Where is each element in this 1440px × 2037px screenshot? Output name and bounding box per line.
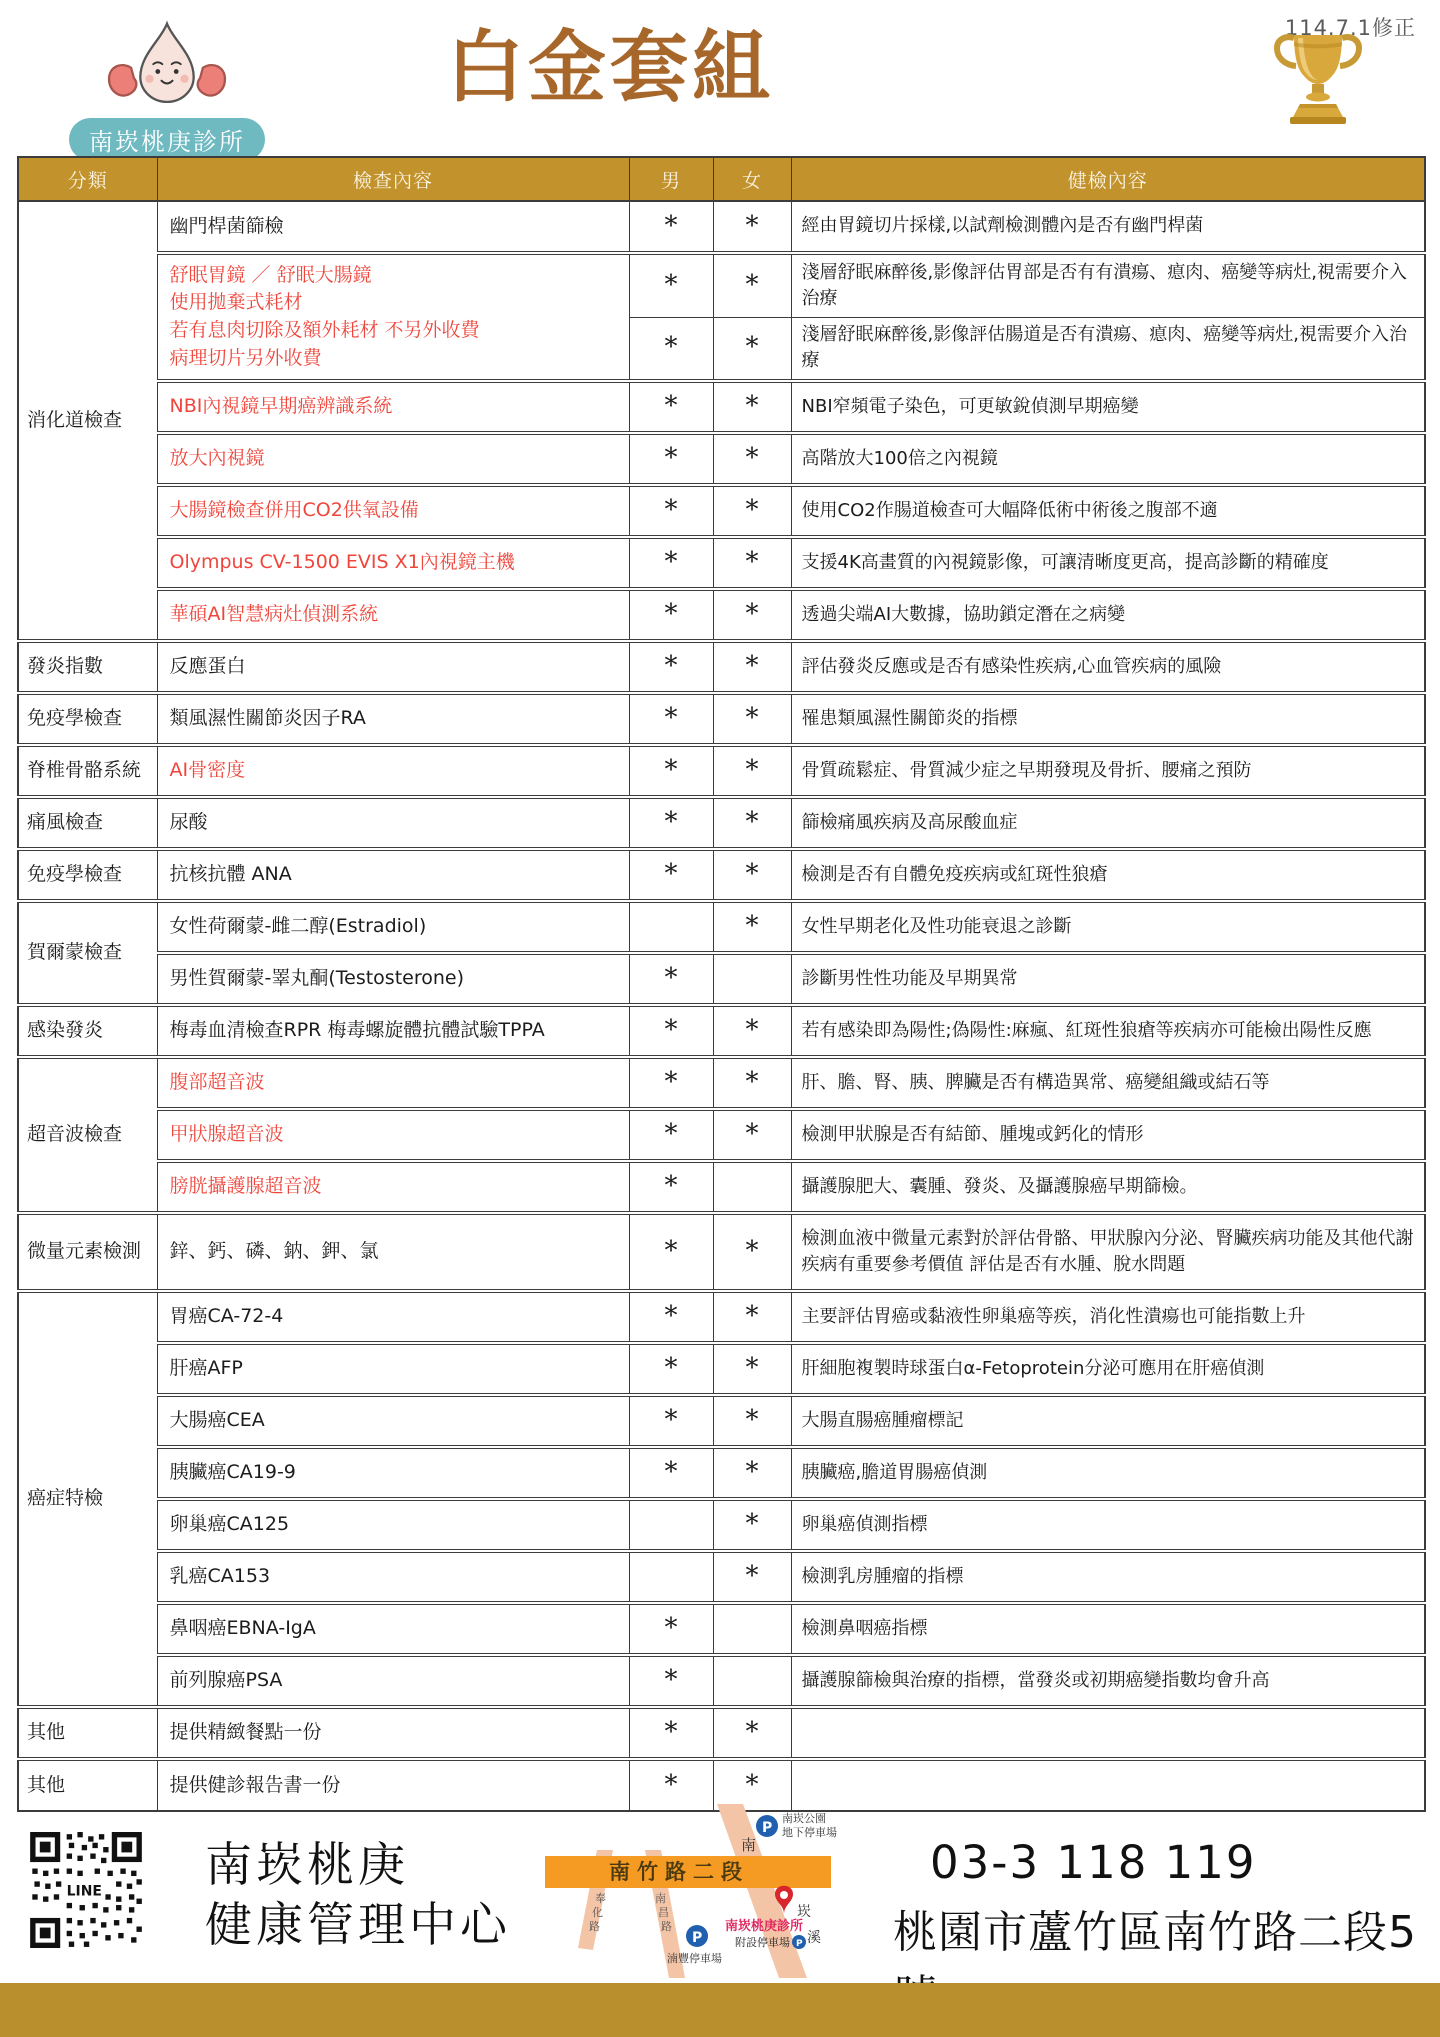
male-mark: * <box>629 589 713 641</box>
category-cell: 癌症特檢 <box>18 1291 157 1707</box>
table-row: 華碩AI智慧病灶偵測系統 * * 透過尖端AI大數據，協助鎖定潛在之病變 <box>18 589 1425 641</box>
item-cell: 類風濕性關節炎因子RA <box>157 693 629 745</box>
clinic-logo: 南崁桃庚診所 <box>52 20 282 161</box>
category-cell: 感染發炎 <box>18 1005 157 1057</box>
category-cell: 消化道檢查 <box>18 201 157 641</box>
item-cell: 尿酸 <box>157 797 629 849</box>
item-line: 使用拋棄式耗材 <box>170 289 621 317</box>
content-cell: 淺層舒眠麻醉後,影像評估腸道是否有潰瘍、瘜肉、癌變等病灶,視需要介入治療 <box>791 317 1425 381</box>
river-char-1: 南 <box>741 1836 756 1854</box>
male-mark: * <box>629 745 713 797</box>
content-cell: 篩檢痛風疾病及高尿酸血症 <box>791 797 1425 849</box>
clinic-parking-label: 附設停車場 <box>735 1935 790 1949</box>
female-mark: * <box>713 317 791 381</box>
item-cell: NBI內視鏡早期癌辨識系統 <box>157 381 629 433</box>
female-mark <box>713 1603 791 1655</box>
location-map: 南竹路二段 南 崁 溪 P 南崁公園 地下停車場 南崁桃庚診所 附設停車場 P … <box>545 1800 875 1982</box>
content-cell: 檢測是否有自體免疫疾病或紅斑性狼瘡 <box>791 849 1425 901</box>
road-left1-char2: 化 <box>592 1905 603 1919</box>
item-cell: 鋅、鈣、磷、鈉、鉀、氯 <box>157 1213 629 1291</box>
road-nanzhu-label: 南竹路二段 <box>609 1860 749 1884</box>
male-mark: * <box>629 797 713 849</box>
female-mark: * <box>713 201 791 253</box>
content-cell: 女性早期老化及性功能衰退之診斷 <box>791 901 1425 953</box>
item-cell: 乳癌CA153 <box>157 1551 629 1603</box>
table-row: Olympus CV-1500 EVIS X1內視鏡主機 * * 支援4K高畫質… <box>18 537 1425 589</box>
content-cell: 高階放大100倍之內視鏡 <box>791 433 1425 485</box>
category-cell: 超音波檢查 <box>18 1057 157 1213</box>
female-mark: * <box>713 693 791 745</box>
content-cell: 評估發炎反應或是否有感染性疾病,心血管疾病的風險 <box>791 641 1425 693</box>
female-mark: * <box>713 1707 791 1759</box>
content-cell: 若有感染即為陽性;偽陽性:麻瘋、紅斑性狼瘡等疾病亦可能檢出陽性反應 <box>791 1005 1425 1057</box>
parking-p: P <box>762 1820 772 1836</box>
male-mark: * <box>629 433 713 485</box>
item-line: 若有息肉切除及額外耗材 不另外收費 <box>170 317 621 345</box>
item-cell: 腹部超音波 <box>157 1057 629 1109</box>
female-mark: * <box>713 641 791 693</box>
male-mark: * <box>629 1213 713 1291</box>
item-cell: 甲狀腺超音波 <box>157 1109 629 1161</box>
parking-p: P <box>692 1930 702 1946</box>
trophy-icon <box>1272 30 1364 126</box>
female-mark: * <box>713 1109 791 1161</box>
content-cell: 罹患類風濕性關節炎的指標 <box>791 693 1425 745</box>
road-left1-char1: 奉 <box>595 1892 606 1905</box>
male-mark: * <box>629 1603 713 1655</box>
content-cell: 淺層舒眠麻醉後,影像評估胃部是否有有潰瘍、瘜肉、癌變等病灶,視需要介入治療 <box>791 253 1425 317</box>
item-cell: 卵巢癌CA125 <box>157 1499 629 1551</box>
female-mark: * <box>713 253 791 317</box>
male-mark: * <box>629 641 713 693</box>
category-cell: 微量元素檢測 <box>18 1213 157 1291</box>
female-mark: * <box>713 849 791 901</box>
table-row: 超音波檢查 腹部超音波 * * 肝、膽、腎、胰、脾臟是否有構造異常、癌變組織或結… <box>18 1057 1425 1109</box>
female-mark <box>713 953 791 1005</box>
female-mark: * <box>713 1551 791 1603</box>
road-left2-char1: 南 <box>655 1892 666 1905</box>
col-item: 檢查內容 <box>157 157 629 201</box>
content-cell: 主要評估胃癌或黏液性卵巢癌等疾，消化性潰瘍也可能指數上升 <box>791 1291 1425 1343</box>
item-cell: 男性賀爾蒙-睪丸酮(Testosterone) <box>157 953 629 1005</box>
category-cell: 其他 <box>18 1759 157 1811</box>
clinic-map-label: 南崁桃庚診所 <box>725 1918 803 1934</box>
content-cell: 卵巢癌偵測指標 <box>791 1499 1425 1551</box>
content-cell <box>791 1707 1425 1759</box>
item-cell: 反應蛋白 <box>157 641 629 693</box>
female-mark <box>713 1655 791 1707</box>
female-mark: * <box>713 1005 791 1057</box>
page-title: 白金套組 <box>320 26 900 112</box>
item-line: 病理切片另外收費 <box>170 345 621 373</box>
table-row: 舒眠胃鏡 ／ 舒眠大腸鏡 使用拋棄式耗材 若有息肉切除及額外耗材 不另外收費 病… <box>18 253 1425 317</box>
platinum-package-flyer: 114.7.1修正 南崁桃庚診所 白金 <box>0 0 1440 2037</box>
header-row: 分類 檢查內容 男 女 健檢內容 <box>18 157 1425 201</box>
road-left1-char3: 路 <box>589 1920 600 1933</box>
male-mark: * <box>629 201 713 253</box>
clinic-badge: 南崁桃庚診所 <box>69 118 265 161</box>
category-cell: 其他 <box>18 1707 157 1759</box>
content-cell: 肝、膽、腎、胰、脾臟是否有構造異常、癌變組織或結石等 <box>791 1057 1425 1109</box>
content-cell: 透過尖端AI大數據，協助鎖定潛在之病變 <box>791 589 1425 641</box>
item-cell: 華碩AI智慧病灶偵測系統 <box>157 589 629 641</box>
table-row: 消化道檢查 幽門桿菌篩檢 * * 經由胃鏡切片採樣,以試劑檢測體內是否有幽門桿菌 <box>18 201 1425 253</box>
female-mark: * <box>713 1343 791 1395</box>
item-cell: Olympus CV-1500 EVIS X1內視鏡主機 <box>157 537 629 589</box>
table-row: 卵巢癌CA125 * 卵巢癌偵測指標 <box>18 1499 1425 1551</box>
table-row: 前列腺癌PSA * 攝護腺篩檢與治療的指標，當發炎或初期癌變指數均會升高 <box>18 1655 1425 1707</box>
content-cell: 使用CO2作腸道檢查可大幅降低術中術後之腹部不適 <box>791 485 1425 537</box>
clinic-center-name: 南崁桃庚 健康管理中心 <box>205 1836 511 1956</box>
male-mark <box>629 1499 713 1551</box>
female-mark: * <box>713 797 791 849</box>
content-cell: 骨質疏鬆症、骨質減少症之早期發現及骨折、腰痛之預防 <box>791 745 1425 797</box>
item-cell: 提供精緻餐點一份 <box>157 1707 629 1759</box>
clinic-center-line2: 健康管理中心 <box>205 1896 511 1956</box>
male-mark: * <box>629 1057 713 1109</box>
category-cell: 發炎指數 <box>18 641 157 693</box>
category-cell: 脊椎骨骼系統 <box>18 745 157 797</box>
table-row: 賀爾蒙檢查 女性荷爾蒙-雌二醇(Estradiol) * 女性早期老化及性功能衰… <box>18 901 1425 953</box>
table-row: 男性賀爾蒙-睪丸酮(Testosterone) * 診斷男性性功能及早期異常 <box>18 953 1425 1005</box>
col-male: 男 <box>629 157 713 201</box>
category-cell: 痛風檢查 <box>18 797 157 849</box>
river-char-3: 溪 <box>807 1930 821 1946</box>
category-cell: 免疫學檢查 <box>18 849 157 901</box>
line-qr-code: LINE <box>30 1832 142 1948</box>
item-cell: 前列腺癌PSA <box>157 1655 629 1707</box>
content-cell: 檢測甲狀腺是否有結節、腫塊或鈣化的情形 <box>791 1109 1425 1161</box>
phone-number: 03-3 118 119 <box>930 1836 1257 1889</box>
content-cell: 診斷男性性功能及早期異常 <box>791 953 1425 1005</box>
parking-p: P <box>796 1939 803 1949</box>
male-mark: * <box>629 1161 713 1213</box>
item-cell: 抗核抗體 ANA <box>157 849 629 901</box>
table-row: 鼻咽癌EBNA-IgA * 檢測鼻咽癌指標 <box>18 1603 1425 1655</box>
road-left2-char3: 路 <box>661 1920 672 1933</box>
table-row: 脊椎骨骼系統 AI骨密度 * * 骨質疏鬆症、骨質減少症之早期發現及骨折、腰痛之… <box>18 745 1425 797</box>
table-row: 放大內視鏡 * * 高階放大100倍之內視鏡 <box>18 433 1425 485</box>
content-cell: 肝細胞複製時球蛋白α-Fetoprotein分泌可應用在肝癌偵測 <box>791 1343 1425 1395</box>
river-char-2: 崁 <box>797 1903 811 1920</box>
content-cell: 檢測血液中微量元素對於評估骨骼、甲狀腺內分泌、腎臟疾病功能及其他代謝疾病有重要參… <box>791 1213 1425 1291</box>
male-mark: * <box>629 1707 713 1759</box>
item-cell: 胰臟癌CA19-9 <box>157 1447 629 1499</box>
female-mark: * <box>713 1395 791 1447</box>
item-cell: 幽門桿菌篩檢 <box>157 201 629 253</box>
male-mark: * <box>629 953 713 1005</box>
table-row: 大腸癌CEA * * 大腸直腸癌腫瘤標記 <box>18 1395 1425 1447</box>
item-line: 舒眠胃鏡 ／ 舒眠大腸鏡 <box>170 262 621 290</box>
item-cell: 放大內視鏡 <box>157 433 629 485</box>
item-cell: 胃癌CA-72-4 <box>157 1291 629 1343</box>
male-mark: * <box>629 1395 713 1447</box>
line-label: LINE <box>67 1883 102 1899</box>
park-top-label1: 南崁公園 <box>782 1811 826 1825</box>
content-cell: 大腸直腸癌腫瘤標記 <box>791 1395 1425 1447</box>
park-top-label2: 地下停車場 <box>782 1825 837 1839</box>
table-row: 痛風檢查 尿酸 * * 篩檢痛風疾病及高尿酸血症 <box>18 797 1425 849</box>
table-row: 膀胱攝護腺超音波 * 攝護腺肥大、囊腫、發炎、及攝護腺癌早期篩檢。 <box>18 1161 1425 1213</box>
col-content: 健檢內容 <box>791 157 1425 201</box>
category-cell: 免疫學檢查 <box>18 693 157 745</box>
table-row: 發炎指數 反應蛋白 * * 評估發炎反應或是否有感染性疾病,心血管疾病的風險 <box>18 641 1425 693</box>
table-row: 甲狀腺超音波 * * 檢測甲狀腺是否有結節、腫塊或鈣化的情形 <box>18 1109 1425 1161</box>
item-cell: 大腸癌CEA <box>157 1395 629 1447</box>
male-mark: * <box>629 253 713 317</box>
male-mark: * <box>629 1655 713 1707</box>
item-cell: 梅毒血清檢查RPR 梅毒螺旋體抗體試驗TPPA <box>157 1005 629 1057</box>
col-female: 女 <box>713 157 791 201</box>
item-cell: 鼻咽癌EBNA-IgA <box>157 1603 629 1655</box>
female-mark: * <box>713 1447 791 1499</box>
table-row: 其他 提供精緻餐點一份 * * <box>18 1707 1425 1759</box>
table-row: 微量元素檢測 鋅、鈣、磷、鈉、鉀、氯 * * 檢測血液中微量元素對於評估骨骼、甲… <box>18 1213 1425 1291</box>
content-cell: 攝護腺肥大、囊腫、發炎、及攝護腺癌早期篩檢。 <box>791 1161 1425 1213</box>
male-mark: * <box>629 485 713 537</box>
col-category: 分類 <box>18 157 157 201</box>
table-row: 乳癌CA153 * 檢測乳房腫瘤的指標 <box>18 1551 1425 1603</box>
clinic-center-line1: 南崁桃庚 <box>205 1836 511 1896</box>
male-mark: * <box>629 1109 713 1161</box>
male-mark: * <box>629 381 713 433</box>
content-cell: NBI窄頻電子染色，可更敏銳偵測早期癌變 <box>791 381 1425 433</box>
content-cell: 支援4K高畫質的內視鏡影像，可讓清晰度更高，提高診斷的精確度 <box>791 537 1425 589</box>
female-mark: * <box>713 537 791 589</box>
content-cell: 胰臟癌,膽道胃腸癌偵測 <box>791 1447 1425 1499</box>
package-table: 分類 檢查內容 男 女 健檢內容 消化道檢查 幽門桿菌篩檢 * * 經由胃鏡切片… <box>17 156 1426 1812</box>
female-mark: * <box>713 1291 791 1343</box>
peach-mascot-icon <box>92 20 242 112</box>
male-mark: * <box>629 1005 713 1057</box>
content-cell: 經由胃鏡切片採樣,以試劑檢測體內是否有幽門桿菌 <box>791 201 1425 253</box>
road-left2-char2: 昌 <box>658 1906 669 1919</box>
item-cell: 舒眠胃鏡 ／ 舒眠大腸鏡 使用拋棄式耗材 若有息肉切除及額外耗材 不另外收費 病… <box>157 253 629 381</box>
male-mark <box>629 901 713 953</box>
female-mark: * <box>713 381 791 433</box>
table-row: 免疫學檢查 抗核抗體 ANA * * 檢測是否有自體免疫疾病或紅斑性狼瘡 <box>18 849 1425 901</box>
male-mark: * <box>629 693 713 745</box>
item-cell: 大腸鏡檢查併用CO2供氧設備 <box>157 485 629 537</box>
male-mark: * <box>629 1291 713 1343</box>
female-mark: * <box>713 1057 791 1109</box>
content-cell: 攝護腺篩檢與治療的指標，當發炎或初期癌變指數均會升高 <box>791 1655 1425 1707</box>
male-mark: * <box>629 1447 713 1499</box>
female-mark: * <box>713 1213 791 1291</box>
female-mark: * <box>713 745 791 797</box>
male-mark: * <box>629 1343 713 1395</box>
item-cell: AI骨密度 <box>157 745 629 797</box>
male-mark <box>629 1551 713 1603</box>
table-row: 癌症特檢 胃癌CA-72-4 * * 主要評估胃癌或黏液性卵巢癌等疾，消化性潰瘍… <box>18 1291 1425 1343</box>
female-mark: * <box>713 589 791 641</box>
male-mark: * <box>629 849 713 901</box>
female-mark: * <box>713 433 791 485</box>
table-row: 大腸鏡檢查併用CO2供氧設備 * * 使用CO2作腸道檢查可大幅降低術中術後之腹… <box>18 485 1425 537</box>
item-cell: 女性荷爾蒙-雌二醇(Estradiol) <box>157 901 629 953</box>
clinic-pin-dot <box>780 1891 788 1899</box>
content-cell: 檢測鼻咽癌指標 <box>791 1603 1425 1655</box>
female-mark: * <box>713 485 791 537</box>
table-row: 免疫學檢查 類風濕性關節炎因子RA * * 罹患類風濕性關節炎的指標 <box>18 693 1425 745</box>
female-mark: * <box>713 1499 791 1551</box>
bottom-gold-bar <box>0 1983 1440 2037</box>
male-mark: * <box>629 537 713 589</box>
table-row: 肝癌AFP * * 肝細胞複製時球蛋白α-Fetoprotein分泌可應用在肝癌… <box>18 1343 1425 1395</box>
category-cell: 賀爾蒙檢查 <box>18 901 157 1005</box>
female-mark: * <box>713 901 791 953</box>
content-cell: 檢測乳房腫瘤的指標 <box>791 1551 1425 1603</box>
park-bottom-label: 湳豐停車場 <box>667 1951 722 1965</box>
table-row: NBI內視鏡早期癌辨識系統 * * NBI窄頻電子染色，可更敏銳偵測早期癌變 <box>18 381 1425 433</box>
content-cell <box>791 1759 1425 1811</box>
item-cell: 肝癌AFP <box>157 1343 629 1395</box>
table-row: 胰臟癌CA19-9 * * 胰臟癌,膽道胃腸癌偵測 <box>18 1447 1425 1499</box>
male-mark: * <box>629 317 713 381</box>
table-row: 感染發炎 梅毒血清檢查RPR 梅毒螺旋體抗體試驗TPPA * * 若有感染即為陽… <box>18 1005 1425 1057</box>
female-mark <box>713 1161 791 1213</box>
item-cell: 膀胱攝護腺超音波 <box>157 1161 629 1213</box>
